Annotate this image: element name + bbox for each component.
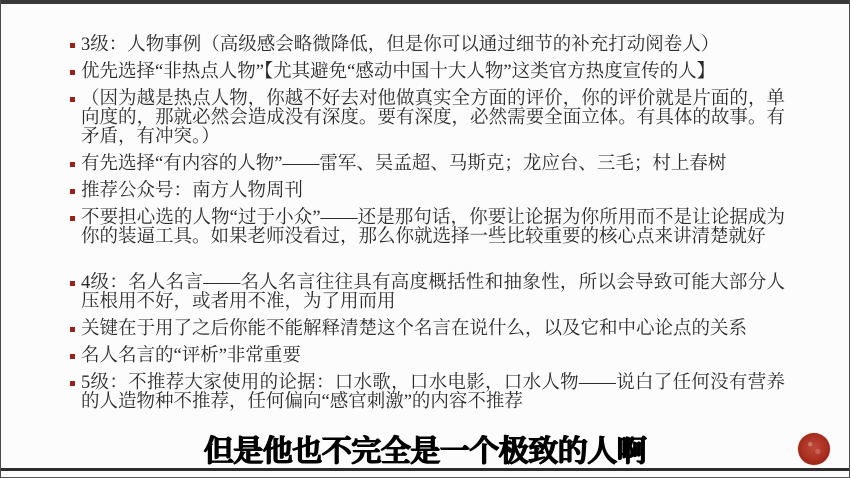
bullet-square-icon xyxy=(70,70,75,75)
top-border-bar xyxy=(1,0,849,4)
bullet-group-1: 3级：人物事例（高级感会略微降低，但是你可以通过细节的补充打动阅卷人） 优先选择… xyxy=(70,36,785,247)
slide-frame: 3级：人物事例（高级感会略微降低，但是你可以通过细节的补充打动阅卷人） 优先选择… xyxy=(0,0,850,478)
bullet-item: （因为越是热点人物，你越不好去对他做真实全方面的评价，你的评价就是片面的，单向度… xyxy=(70,90,785,147)
red-seal-stamp-icon xyxy=(798,433,830,465)
bullet-item: 5级：不推荐大家使用的论据：口水歌，口水电影，口水人物——说白了任何没有营养的人… xyxy=(70,374,785,412)
bullet-square-icon xyxy=(70,354,75,359)
bullet-square-icon xyxy=(70,43,75,48)
bullet-text: 推荐公众号：南方人物周刊 xyxy=(81,181,303,201)
bullet-text: 有先选择“有内容的人物”——雷军、吴孟超、马斯克；龙应台、三毛；村上春树 xyxy=(81,154,726,174)
bullet-item: 优先选择“非热点人物”【尤其避免“感动中国十大人物”这类官方热度宣传的人】 xyxy=(70,63,785,82)
bullet-item: 4级：名人名言——名人名言往往具有高度概括性和抽象性，所以会导致可能大部分人压根… xyxy=(70,274,785,312)
bullet-text: 关键在于用了之后你能不能解释清楚这个名言在说什么，以及它和中心论点的关系 xyxy=(81,319,747,339)
bullet-text: 优先选择“非热点人物”【尤其避免“感动中国十大人物”这类官方热度宣传的人】 xyxy=(81,62,715,82)
bottom-border-line xyxy=(1,468,849,471)
bullet-square-icon xyxy=(70,189,75,194)
bullet-item: 关键在于用了之后你能不能解释清楚这个名言在说什么，以及它和中心论点的关系 xyxy=(70,320,785,339)
bullet-item: 3级：人物事例（高级感会略微降低，但是你可以通过细节的补充打动阅卷人） xyxy=(70,36,785,55)
bullet-text: 名人名言的“评析”非常重要 xyxy=(81,346,301,366)
bullet-item: 不要担心选的人物“过于小众”——还是那句话，你要让论据为你所用而不是让论据成为你… xyxy=(70,209,785,247)
bullet-text: （因为越是热点人物，你越不好去对他做真实全方面的评价，你的评价就是片面的，单向度… xyxy=(81,89,785,147)
bullet-text: 不要担心选的人物“过于小众”——还是那句话，你要让论据为你所用而不是让论据成为你… xyxy=(81,208,785,247)
bullet-text: 4级：名人名言——名人名言往往具有高度概括性和抽象性，所以会导致可能大部分人压根… xyxy=(81,273,785,312)
bullet-item: 推荐公众号：南方人物周刊 xyxy=(70,182,785,201)
bullet-group-2: 4级：名人名言——名人名言往往具有高度概括性和抽象性，所以会导致可能大部分人压根… xyxy=(70,274,785,412)
slide-content: 3级：人物事例（高级感会略微降低，但是你可以通过细节的补充打动阅卷人） 优先选择… xyxy=(70,36,785,420)
bullet-square-icon xyxy=(70,381,75,386)
bullet-text: 5级：不推荐大家使用的论据：口水歌，口水电影，口水人物——说白了任何没有营养的人… xyxy=(81,373,785,412)
bullet-square-icon xyxy=(70,162,75,167)
bullet-item: 名人名言的“评析”非常重要 xyxy=(70,347,785,366)
bullet-square-icon xyxy=(70,97,75,102)
bullet-square-icon xyxy=(70,281,75,286)
bullet-item: 有先选择“有内容的人物”——雷军、吴孟超、马斯克；龙应台、三毛；村上春树 xyxy=(70,155,785,174)
bullet-square-icon xyxy=(70,216,75,221)
bullet-text: 3级：人物事例（高级感会略微降低，但是你可以通过细节的补充打动阅卷人） xyxy=(81,35,719,55)
bullet-square-icon xyxy=(70,327,75,332)
video-subtitle: 但是他也不完全是一个极致的人啊 xyxy=(1,426,849,470)
